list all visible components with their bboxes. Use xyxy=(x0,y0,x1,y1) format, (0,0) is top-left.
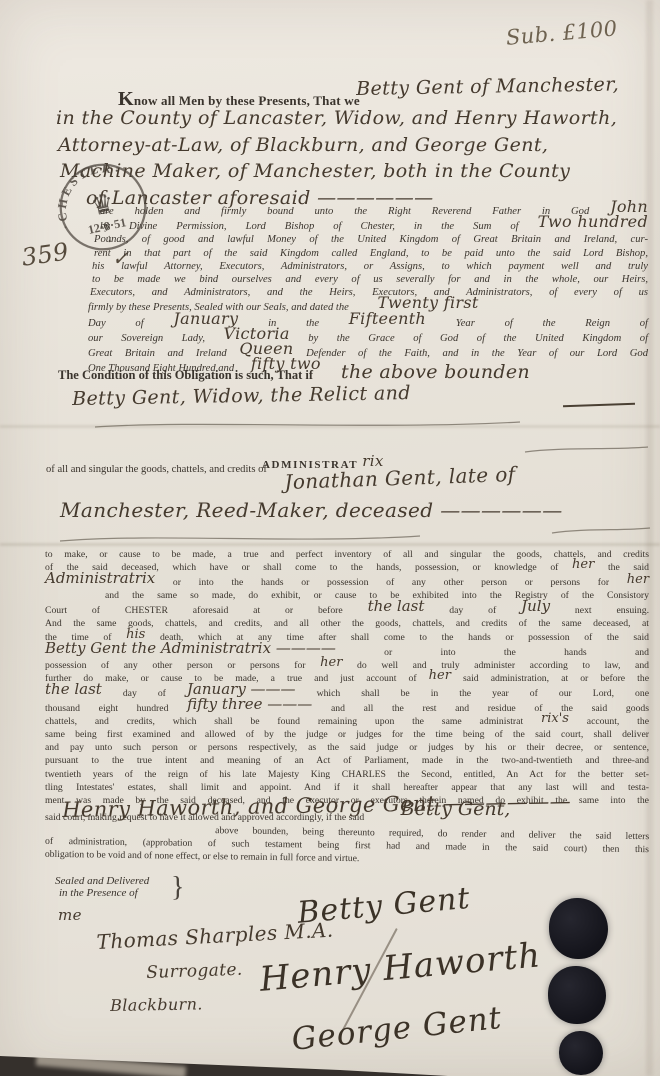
hand-insert-month: January ——— xyxy=(187,683,296,695)
witness-role: Surrogate. xyxy=(146,960,243,983)
hand-insert: her xyxy=(572,560,594,570)
fold-crease xyxy=(0,543,660,546)
printed-text: next ensuing. xyxy=(575,605,649,616)
printed-text: do well and truly administer according t… xyxy=(357,660,649,671)
hand-insert-regnal-year: Fifteenth xyxy=(349,313,426,326)
inventory-paragraph: to make, or cause to be made, a true and… xyxy=(45,548,649,824)
signature-betty-gent: Betty Gent xyxy=(296,881,472,931)
opening-hand-line-1: Betty Gent of Manchester, xyxy=(356,73,619,100)
printed-text: chattels, and credits, which shall be fo… xyxy=(45,716,523,727)
hand-insert-month: July xyxy=(521,600,550,612)
printed-text: by Divine Permission, Lord Bishop of Che… xyxy=(100,221,519,232)
bond-line: Day of January in the Fifteenth Year of … xyxy=(88,315,648,330)
ink-underline xyxy=(552,528,650,533)
inv-line: Court of CHESTER aforesaid at or before … xyxy=(45,602,649,617)
printed-text: our Sovereign Lady, xyxy=(88,333,205,344)
bond-line: to be made we bind ourselves and every o… xyxy=(88,273,648,286)
hand-insert-administratrix: Administratrix xyxy=(45,572,155,584)
bond-line: by Divine Permission, Lord Bishop of Che… xyxy=(88,218,648,233)
bond-paragraph: are holden and firmly bound unto the Rig… xyxy=(88,203,648,375)
edge-crease xyxy=(646,0,653,1076)
printed-text: Court of CHESTER aforesaid at or before xyxy=(45,605,343,616)
printed-text: or into the hands and xyxy=(384,647,649,658)
administratrix-hand-suffix: rix xyxy=(362,455,383,467)
deceased-detail-hand: Manchester, Reed-Maker, deceased —————— xyxy=(60,498,563,522)
wax-seal xyxy=(559,1031,603,1075)
printed-text: or into the hands or possession of any o… xyxy=(173,577,609,588)
hand-insert: rix's xyxy=(541,714,569,724)
printed-text: Defender of the Faith, and in the Year o… xyxy=(306,348,648,359)
printed-text: said administration, at or before the xyxy=(463,673,649,684)
witness-printed-1: Sealed and Delivered xyxy=(55,875,149,887)
printed-text: day of xyxy=(123,688,166,699)
margin-number: 359 xyxy=(20,237,70,271)
bond-line: Executors, and Administrators, and the H… xyxy=(88,286,648,299)
hand-insert-year: fifty three ——— xyxy=(187,698,312,710)
printed-text: by the Grace of God of the United Kingdo… xyxy=(308,333,648,344)
witness-printed-2: in the Presence of xyxy=(55,887,149,899)
valuation-note: Sub. £100 xyxy=(505,16,618,50)
printed-text: which shall be in the year of our Lord, … xyxy=(317,688,649,699)
printed-text: Year of the Reign of xyxy=(456,318,648,329)
inv-line: further do make, or cause to be made, a … xyxy=(45,672,649,685)
witness-place: Blackburn. xyxy=(110,994,203,1015)
wax-seal xyxy=(548,966,606,1024)
opening-hand-line-2: in the County of Lancaster, Widow, and H… xyxy=(56,107,617,129)
printed-text: Day of xyxy=(88,318,144,329)
bond-line: our Sovereign Lady, Victoria by the Grac… xyxy=(88,330,648,345)
condition-hand-2: Betty Gent, Widow, the Relict and xyxy=(72,382,411,410)
printed-text: account, the xyxy=(587,716,649,727)
signature-henry-haworth: Henry Haworth xyxy=(258,935,543,999)
bond-document-sheet: Sub. £100 Know all Men by these Presents… xyxy=(0,0,660,1076)
hand-insert-sum: Two hundred xyxy=(538,216,648,229)
inv-line: Betty Gent the Administratrix ———— or in… xyxy=(45,644,649,659)
printed-text: Great Britain and Ireland xyxy=(88,348,227,359)
hand-insert-day: the last xyxy=(45,683,102,695)
fold-crease xyxy=(0,425,660,428)
hand-insert-day: the last xyxy=(368,600,425,612)
printed-text: thousand eight hundred xyxy=(45,703,168,714)
printed-text: possession of any other person or person… xyxy=(45,660,306,671)
condition-hand-1: the above bounden xyxy=(341,365,530,380)
goods-clause-printed: of all and singular the goods, chattels,… xyxy=(46,464,267,475)
inv-line: possession of any other person or person… xyxy=(45,659,649,672)
signature-george-gent: George Gent xyxy=(290,1000,504,1058)
printed-text: are holden and firmly bound unto the Rig… xyxy=(100,206,589,217)
bond-line: Great Britain and Ireland Queen Defender… xyxy=(88,345,648,360)
inv-line: pursuant to the true intent and meaning … xyxy=(45,754,649,767)
bond-line: his lawful Attorney, Executors, Administ… xyxy=(88,260,648,273)
hand-insert-administratrix-name: Betty Gent the Administratrix ———— xyxy=(45,642,336,654)
inv-line: twentieth years of the reign of his late… xyxy=(45,768,649,781)
inv-line: same being first examined and allowed of… xyxy=(45,728,649,741)
photographed-document: Sub. £100 Know all Men by these Presents… xyxy=(0,0,660,1076)
closing-paragraph: above bounden, being thereunto required,… xyxy=(45,822,649,870)
condition-printed: The Condition of this Obligation is such… xyxy=(58,368,313,382)
condition-row: The Condition of this Obligation is such… xyxy=(58,366,530,384)
hand-insert: her xyxy=(320,658,342,668)
printed-text: and all the rest and residue of the said… xyxy=(331,703,649,714)
bond-line: rent in that part of the said Kingdom ca… xyxy=(88,247,648,260)
hand-insert: her xyxy=(627,575,649,585)
inv-line: and the same so made, do exhibit, or cau… xyxy=(45,589,649,602)
ink-underline xyxy=(525,447,648,452)
wax-seal xyxy=(549,898,608,959)
witness-attestation: Sealed and Delivered in the Presence of xyxy=(55,875,149,899)
hand-dash xyxy=(563,403,635,408)
inv-line: and pay unto such person or persons resp… xyxy=(45,741,649,754)
inv-line: to make, or cause to be made, a true and… xyxy=(45,548,649,561)
inv-line: the last day of January ——— which shall … xyxy=(45,685,649,700)
witness-hand-me: me xyxy=(58,906,82,924)
printed-text: day of xyxy=(449,605,496,616)
inv-line: chattels, and credits, which shall be fo… xyxy=(45,715,649,728)
inv-line: Administratrix or into the hands or poss… xyxy=(45,574,649,589)
bond-line: Pounds, of good and lawful Money of the … xyxy=(88,233,648,246)
witness-brace: } xyxy=(171,872,184,904)
hand-insert: her xyxy=(429,671,451,681)
ink-underline xyxy=(60,536,420,541)
